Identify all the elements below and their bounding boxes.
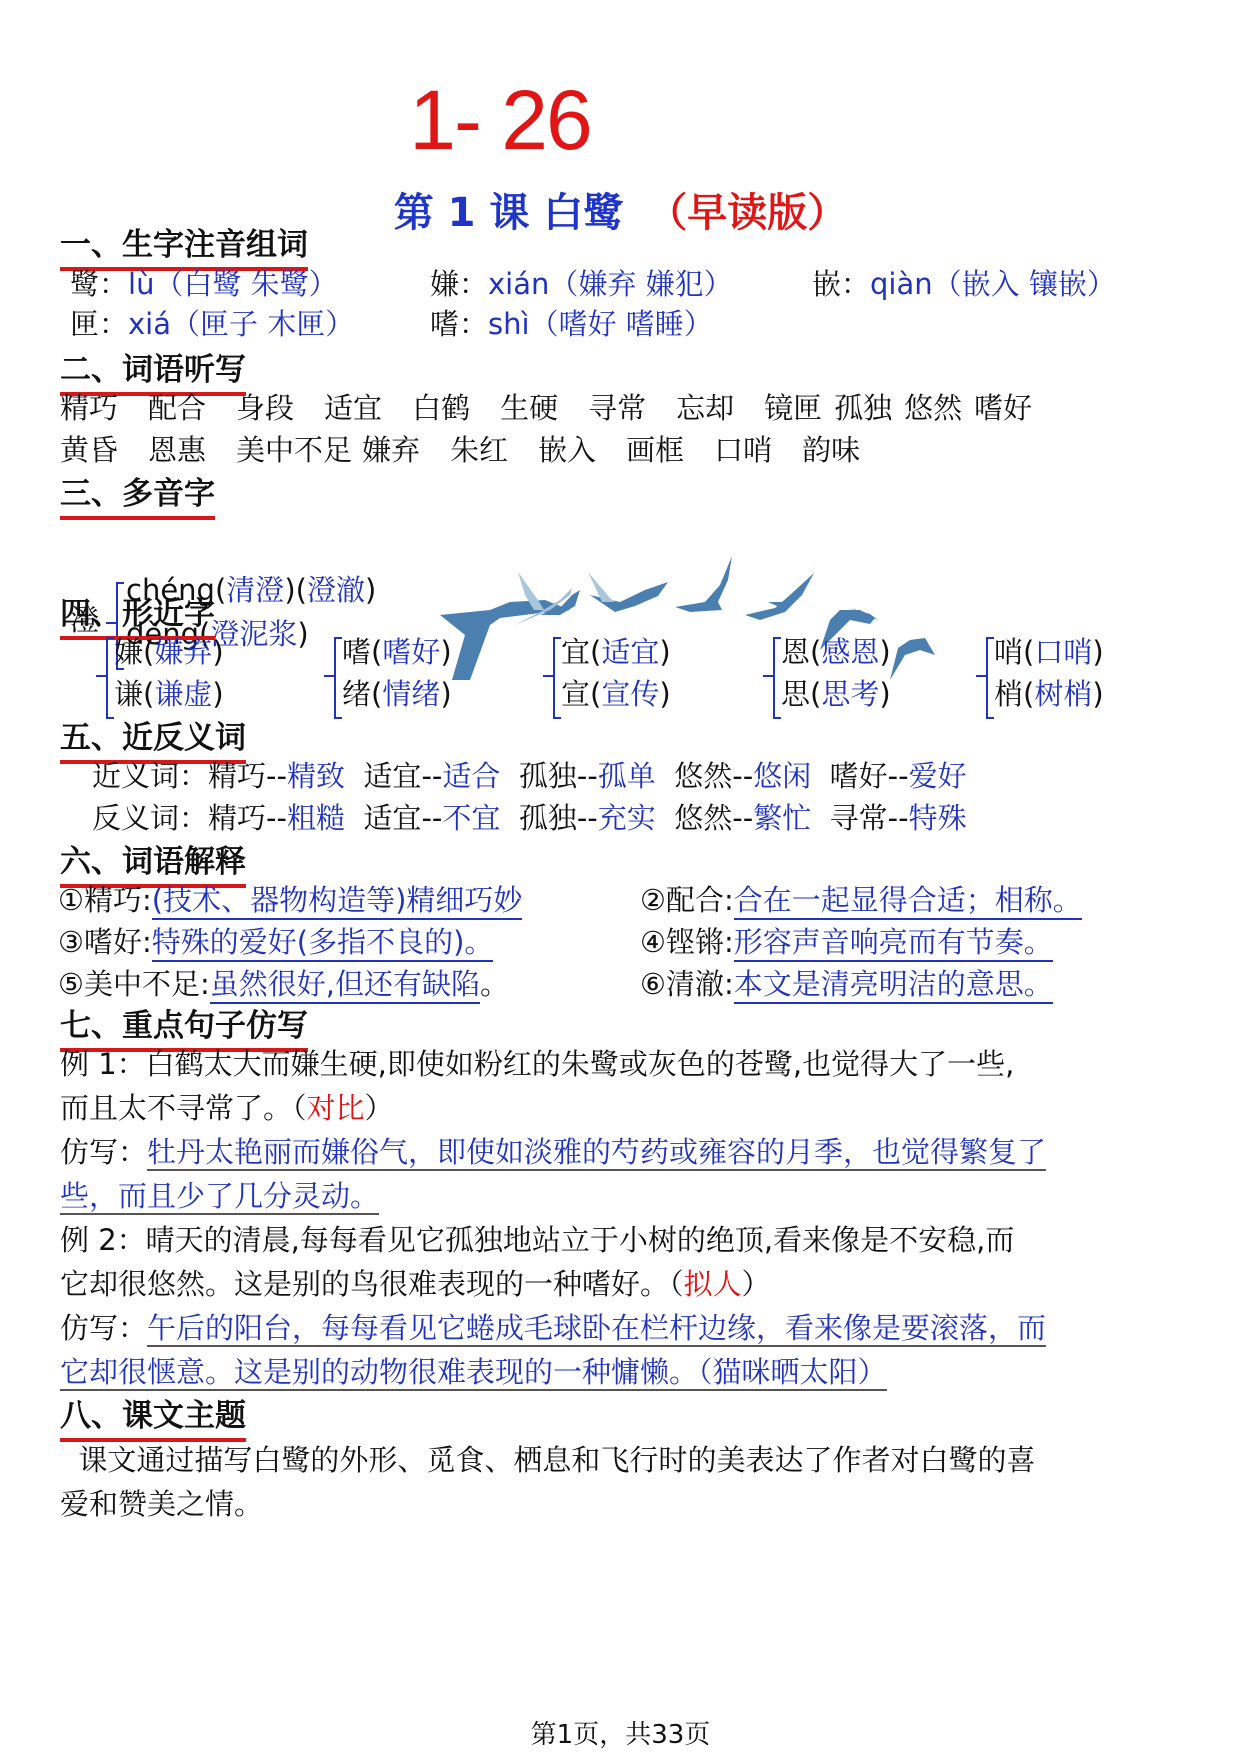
similar-char: 嗜(嗜好) (342, 632, 452, 672)
dictation-word: 寻常 (588, 388, 646, 428)
dictation-word: 嗜好 (974, 388, 1032, 428)
brace (986, 637, 994, 719)
char: 恩 (781, 635, 810, 669)
brace-tick (324, 675, 334, 677)
pinyin: lù (128, 267, 154, 301)
char-label: 鹭： (70, 267, 128, 301)
words: （嗜好 嗜睡） (530, 307, 713, 341)
dictation-word: 朱红 (450, 430, 508, 470)
imitation-text: 些，而且少了几分灵动。 (60, 1179, 379, 1215)
dictation-word: 适宜 (324, 388, 382, 428)
synonym: 悠闲 (753, 759, 811, 793)
theme-text-line-2: 爱和赞美之情。 (60, 1484, 263, 1524)
dictation-word: 身段 (236, 388, 294, 428)
dictation-word: 精巧 (60, 388, 118, 428)
definition-item: ⑤美中不足:虽然很好,但还有缺陷。 (58, 964, 509, 1004)
example-text: 而且太不寻常了。（ (60, 1091, 307, 1125)
antonym: 充实 (598, 801, 656, 835)
example-1-cont: 而且太不寻常了。（对比） (60, 1088, 394, 1128)
imitation-label: 仿写： (60, 1311, 147, 1345)
dictation-word: 黄昏 (60, 430, 118, 470)
word: 口哨 (1034, 635, 1092, 669)
similar-char: 思(思考) (781, 674, 891, 714)
word: 悠然 (674, 801, 732, 835)
char-label: 匣： (70, 307, 128, 341)
imitation-2: 仿写：午后的阳台，每每看见它蜷成毛球卧在栏杆边缘，看来像是要滚落，而 (60, 1308, 1046, 1348)
antonyms-row: 反义词：精巧--粗糙 适宜--不宜 孤独--充实 悠然--繁忙 寻常--特殊 (92, 798, 967, 838)
char: 宜 (561, 635, 590, 669)
word: 谦虚 (154, 677, 212, 711)
definition: 本文是清亮明洁的意思。 (734, 967, 1053, 1004)
imitation-1: 仿写：牡丹太艳丽而嫌俗气，即使如淡雅的芍药或雍容的月季，也觉得繁复了 (60, 1132, 1046, 1172)
word: 精巧 (208, 801, 266, 835)
imitation-text: 牡丹太艳丽而嫌俗气，即使如淡雅的芍药或雍容的月季，也觉得繁复了 (147, 1135, 1046, 1171)
char: 嗜 (342, 635, 371, 669)
brace-tick (763, 675, 773, 677)
similar-char: 绪(情绪) (342, 674, 452, 714)
definition: 形容声音响亮而有节奏。 (734, 925, 1053, 962)
synonym: 孤单 (598, 759, 656, 793)
word: 悠然 (674, 759, 732, 793)
dictation-word: 忘却 (676, 388, 734, 428)
example-2-cont: 它却很悠然。这是别的鸟很难表现的一种嗜好。（拟人） (60, 1264, 771, 1304)
example-text: 白鹤太大而嫌生硬,即使如粉红的朱鹭或灰色的苍鹭,也觉得大了一些, (146, 1047, 1015, 1081)
definition-tail: 。 (480, 967, 509, 1001)
word: 嫌弃 (154, 635, 212, 669)
words: （白鹭 朱鹭） (154, 267, 337, 301)
similar-char: 嫌(嫌弃) (114, 632, 224, 672)
definition-item: ⑥清澈:本文是清亮明洁的意思。 (640, 964, 1053, 1004)
example-text: 晴天的清晨,每每看见它孤独地站立于小树的绝顶,看来像是不安稳,而 (146, 1223, 1015, 1257)
dictation-word: 悠然 (904, 388, 962, 428)
similar-char: 宣(宣传) (561, 674, 671, 714)
rhetoric-tag: 对比 (307, 1091, 365, 1125)
dictation-word: 嵌入 (538, 430, 596, 470)
dictation-word: 恩惠 (148, 430, 206, 470)
dictation-row-1: 精巧配合身段适宜白鹤生硬寻常忘却镜匣孤独悠然嗜好 (60, 388, 1062, 428)
char-item: 鹭：lù（白鹭 朱鹭） (70, 264, 338, 304)
pinyin: xiá (128, 307, 171, 341)
word: 精巧 (208, 759, 266, 793)
definition: (技术、器物构造等)精细巧妙 (152, 883, 523, 920)
dictation-word: 孤独 (834, 388, 892, 428)
pinyin: shì (488, 307, 530, 341)
dictation-word: 生硬 (500, 388, 558, 428)
char-item: 嗜：shì（嗜好 嗜睡） (430, 304, 713, 344)
word: 寻常 (830, 801, 888, 835)
synonym-label: 近义词： (92, 759, 208, 793)
synonym: 适合 (442, 759, 500, 793)
word: 适宜 (601, 635, 659, 669)
pinyin: xián (488, 267, 549, 301)
char: 哨 (994, 635, 1023, 669)
words: （匣子 木匣） (171, 307, 354, 341)
definition-item: ④铿锵:形容声音响亮而有节奏。 (640, 922, 1053, 962)
term: ①精巧: (58, 883, 152, 917)
char: 思 (781, 677, 810, 711)
antonym: 繁忙 (753, 801, 811, 835)
brace (553, 637, 561, 719)
example-label: 例 2： (60, 1223, 146, 1257)
char: 绪 (342, 677, 371, 711)
imitation-1-cont: 些，而且少了几分灵动。 (60, 1176, 379, 1216)
dictation-word: 白鹤 (412, 388, 470, 428)
similar-char: 恩(感恩) (781, 632, 891, 672)
pinyin: qiàn (870, 267, 933, 301)
word: 清澄 (226, 573, 284, 607)
similar-char: 宜(适宜) (561, 632, 671, 672)
brace (106, 637, 114, 719)
words: （嵌入 镶嵌） (933, 267, 1116, 301)
word: 树梢 (1034, 677, 1092, 711)
synonyms-row: 近义词：精巧--精致 适宜--适合 孤独--孤单 悠然--悠闲 嗜好--爱好 (92, 756, 967, 796)
paren: ） (742, 1267, 771, 1301)
word: 感恩 (821, 635, 879, 669)
dictation-word: 韵味 (802, 430, 860, 470)
brace (773, 637, 781, 719)
word: 宣传 (601, 677, 659, 711)
antonym: 特殊 (909, 801, 967, 835)
definition-item: ②配合:合在一起显得合适；相称。 (640, 880, 1082, 920)
brace-tick (976, 675, 986, 677)
dictation-word: 嫌弃 (362, 430, 420, 470)
page-range-title: 1- 26 (0, 70, 1000, 170)
term: ②配合: (640, 883, 734, 917)
imitation-text: 午后的阳台，每每看见它蜷成毛球卧在栏杆边缘，看来像是要滚落，而 (147, 1311, 1046, 1347)
example-1: 例 1：白鹤太大而嫌生硬,即使如粉红的朱鹭或灰色的苍鹭,也觉得大了一些, (60, 1044, 1014, 1084)
word: 嗜好 (830, 759, 888, 793)
definition: 合在一起显得合适；相称。 (734, 883, 1082, 920)
example-text: 它却很悠然。这是别的鸟很难表现的一种嗜好。（ (60, 1267, 684, 1301)
similar-char: 哨(口哨) (994, 632, 1104, 672)
dictation-word: 镜匣 (764, 388, 822, 428)
section-3-title: 三、多音字 (60, 474, 215, 520)
synonym: 精致 (287, 759, 345, 793)
dictation-word: 口哨 (714, 430, 772, 470)
version-label: （早读版） (647, 190, 847, 236)
paren: ） (365, 1091, 394, 1125)
char-label: 嵌： (812, 267, 870, 301)
brace-tick (96, 675, 106, 677)
antonym: 不宜 (442, 801, 500, 835)
similar-char: 谦(谦虚) (114, 674, 224, 714)
word: 嗜好 (382, 635, 440, 669)
imitation-2-cont: 它却很惬意。这是别的动物很难表现的一种慵懒。（猫咪晒太阳） (60, 1352, 887, 1392)
word: 澄澈 (307, 573, 365, 607)
word: 情绪 (382, 677, 440, 711)
antonym: 粗糙 (287, 801, 345, 835)
dictation-word: 画框 (626, 430, 684, 470)
theme-text-line-1: 课文通过描写白鹭的外形、觅食、栖息和飞行时的美表达了作者对白鹭的喜 (60, 1440, 1035, 1480)
char: 嫌 (114, 635, 143, 669)
similar-char: 梢(树梢) (994, 674, 1104, 714)
word: 思考 (821, 677, 879, 711)
char-label: 嗜： (430, 307, 488, 341)
synonym: 爱好 (909, 759, 967, 793)
char-label: 嫌： (430, 267, 488, 301)
word: 孤独 (519, 759, 577, 793)
imitation-text: 它却很惬意。这是别的动物很难表现的一种慵懒。（猫咪晒太阳） (60, 1355, 887, 1391)
dictation-row-2: 黄昏恩惠美中不足嫌弃朱红嵌入画框口哨韵味 (60, 430, 890, 470)
brace-tick (543, 675, 553, 677)
term: ③嗜好: (58, 925, 152, 959)
example-2: 例 2：晴天的清晨,每每看见它孤独地站立于小树的绝顶,看来像是不安稳,而 (60, 1220, 1014, 1260)
char: 宣 (561, 677, 590, 711)
char: 谦 (114, 677, 143, 711)
definition-item: ③嗜好:特殊的爱好(多指不良的)。 (58, 922, 493, 962)
words: （嫌弃 嫌犯） (549, 267, 732, 301)
term: ⑥清澈: (640, 967, 734, 1001)
char-item: 嫌：xián（嫌弃 嫌犯） (430, 264, 733, 304)
antonym-label: 反义词： (92, 801, 208, 835)
dictation-word: 配合 (148, 388, 206, 428)
term: ④铿锵: (640, 925, 734, 959)
term: ⑤美中不足: (58, 967, 210, 1001)
example-label: 例 1： (60, 1047, 146, 1081)
page-number: 第1页，共33页 (0, 1718, 1241, 1752)
definition: 特殊的爱好(多指不良的)。 (152, 925, 494, 962)
rhetoric-tag: 拟人 (684, 1267, 742, 1301)
char: 梢 (994, 677, 1023, 711)
definition-item: ①精巧:(技术、器物构造等)精细巧妙 (58, 880, 522, 920)
definition: 虽然很好,但还有缺陷 (210, 967, 480, 1004)
word: 适宜 (363, 759, 421, 793)
lesson-name: 第 1 课 白鹭 (394, 190, 624, 236)
char-item: 匣：xiá（匣子 木匣） (70, 304, 354, 344)
brace (334, 637, 342, 719)
word: 适宜 (363, 801, 421, 835)
word: 孤独 (519, 801, 577, 835)
imitation-label: 仿写： (60, 1135, 147, 1169)
char-item: 嵌：qiàn（嵌入 镶嵌） (812, 264, 1116, 304)
dictation-word: 美中不足 (236, 430, 352, 470)
section-8-title: 八、课文主题 (60, 1396, 246, 1442)
